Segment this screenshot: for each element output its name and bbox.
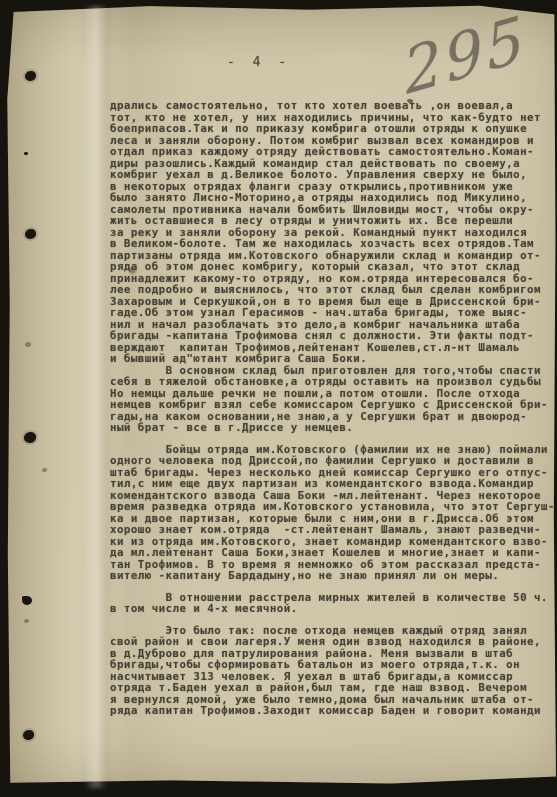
text-line: ряда об этом донес комбригу, который ска… bbox=[110, 261, 555, 273]
text-line: я вернулся домой, уже было темно,дома бы… bbox=[110, 694, 555, 706]
text-line: в том числе и 4-х месячной. bbox=[110, 603, 555, 615]
text-line: вителю -капитану Бардадыну,но не знаю пр… bbox=[110, 570, 555, 582]
text-line: хорошо знает ком.отряда -ст.лейтенант Ша… bbox=[110, 524, 555, 536]
punch-hole bbox=[24, 432, 36, 443]
text-line: Это было так: после отхода немцев каждый… bbox=[110, 625, 555, 637]
text-line: В основном склад был приготовлен для тог… bbox=[110, 365, 555, 377]
text-line: гаде.Об этом узнал Герасимов - нач.штаба… bbox=[110, 307, 555, 319]
text-line: штаб бригады. Через несколько дней комис… bbox=[110, 467, 555, 479]
text-line: время разведка отряда им.Котовского уста… bbox=[110, 501, 555, 513]
paragraph: Бойцы отряда им.Котовского (фамилии их н… bbox=[110, 444, 555, 582]
text-line: тот, кто не хотел, у них находились прич… bbox=[110, 112, 555, 124]
punch-hole bbox=[25, 229, 36, 239]
text-line: боеприпасов.Так и по приказу комбрига от… bbox=[110, 123, 555, 135]
text-line: дрались самостоятельно, тот кто хотел во… bbox=[110, 100, 555, 112]
text-line: Захаровым и Серкушкой,он в то время был … bbox=[110, 296, 555, 308]
text-line: верждают капитан Трофимов,лейтенант Коше… bbox=[110, 342, 555, 354]
text-line: леса и заняли оборону. Потом комбриг выз… bbox=[110, 135, 555, 147]
text-line: лее подробно и выяснилось, что этот скла… bbox=[110, 284, 555, 296]
text-line: отдал приказ каждому отряду действовать … bbox=[110, 146, 555, 158]
text-line: комендантского взвода Саша Боки -мл.лейт… bbox=[110, 490, 555, 502]
text-line: в Великом-болоте. Там же находилась хозч… bbox=[110, 238, 555, 250]
text-line: Бойцы отряда им.Котовского (фамилии их н… bbox=[110, 444, 555, 456]
paragraph: дрались самостоятельно, тот кто хотел во… bbox=[110, 100, 555, 365]
paper-edge-notch bbox=[5, 26, 11, 42]
text-line: в д.Дуброво для патрулирования района. М… bbox=[110, 648, 555, 660]
text-line: партизаны отряда им.Котовского обнаружил… bbox=[110, 250, 555, 262]
text-line: гады,на каком основании,не знаю,а у Серг… bbox=[110, 411, 555, 423]
text-line: бригады -капитана Трофимова снял с должн… bbox=[110, 330, 555, 342]
text-line: и бывший ад"ютант комбрига Саша Боки. bbox=[110, 353, 555, 365]
text-line: ка и двое партизан, которые были с ним,о… bbox=[110, 513, 555, 525]
text-line: ный брат - все в г.Дриссе у немцев. bbox=[110, 422, 555, 434]
paper-speck bbox=[42, 468, 47, 472]
text-line: нил и начал разоблачать это дело,а комбр… bbox=[110, 319, 555, 331]
page-number: - 4 - bbox=[227, 55, 291, 70]
paragraph: В отношении расстрела мирных жителей в к… bbox=[110, 592, 555, 615]
text-line: самолеты противника начали бомбить Шилов… bbox=[110, 204, 555, 216]
typewritten-text-block: дрались самостоятельно, тот кто хотел во… bbox=[110, 100, 555, 717]
punch-hole bbox=[23, 730, 34, 740]
text-line: комбриг уехал в д.Великое болото. Управл… bbox=[110, 169, 555, 181]
text-line: принадлежит какому-то отряду, но ком.отр… bbox=[110, 273, 555, 285]
text-line: свой район и свои лагеря.У меня один взв… bbox=[110, 636, 555, 648]
text-line: В отношении расстрела мирных жителей в к… bbox=[110, 592, 555, 604]
punch-hole bbox=[22, 596, 32, 605]
text-line: тан Трофимов. В то время я немножко об э… bbox=[110, 559, 555, 571]
text-line: тил,с ним еще двух партизан из комендант… bbox=[110, 478, 555, 490]
scanned-document-page: - 4 - 295 дрались самостоятельно, тот кт… bbox=[0, 0, 557, 797]
text-line: в некоторых отрядах фланги сразу открыли… bbox=[110, 181, 555, 193]
text-line: за реку и заняли оборону за рекой. Коман… bbox=[110, 227, 555, 239]
text-line: ряда капитан Трофимов.Заходит комиссар Б… bbox=[110, 705, 555, 717]
text-line: одного человека под Дриссой,по фамилии С… bbox=[110, 455, 555, 467]
text-line: себя в тяжелой обстановке,а отряды остав… bbox=[110, 376, 555, 388]
paragraph: Это было так: после отхода немцев каждый… bbox=[110, 625, 555, 717]
text-line: Но немцы дальше речки не пошли,а потом о… bbox=[110, 388, 555, 400]
text-line: жить оставшиеся в лесу отряды и уничтожи… bbox=[110, 215, 555, 227]
text-line: ки из отряда им.Котовского, знает команд… bbox=[110, 536, 555, 548]
text-line: отряда т.Баден уехал в район,был там, гд… bbox=[110, 682, 555, 694]
paper-speck bbox=[24, 619, 29, 623]
paragraph: В основном склад был приготовлен для тог… bbox=[110, 365, 555, 434]
text-line: было занято Лисно-Моторино,а отряды нахо… bbox=[110, 192, 555, 204]
paper-speck bbox=[25, 342, 31, 347]
text-line: насчитывает 313 человек. Я уехал в штаб … bbox=[110, 671, 555, 683]
text-line: бригады,чтобы сформировать батальон из м… bbox=[110, 659, 555, 671]
punch-hole bbox=[25, 71, 36, 81]
text-line: немцев комбриг взял себе комиссаром Серг… bbox=[110, 399, 555, 411]
text-line: да мл.лейтенант Саша Боки,знает Кошелев … bbox=[110, 547, 555, 559]
ink-speck bbox=[24, 152, 28, 155]
text-line: диры разошлись.Каждый командир стал дейс… bbox=[110, 158, 555, 170]
